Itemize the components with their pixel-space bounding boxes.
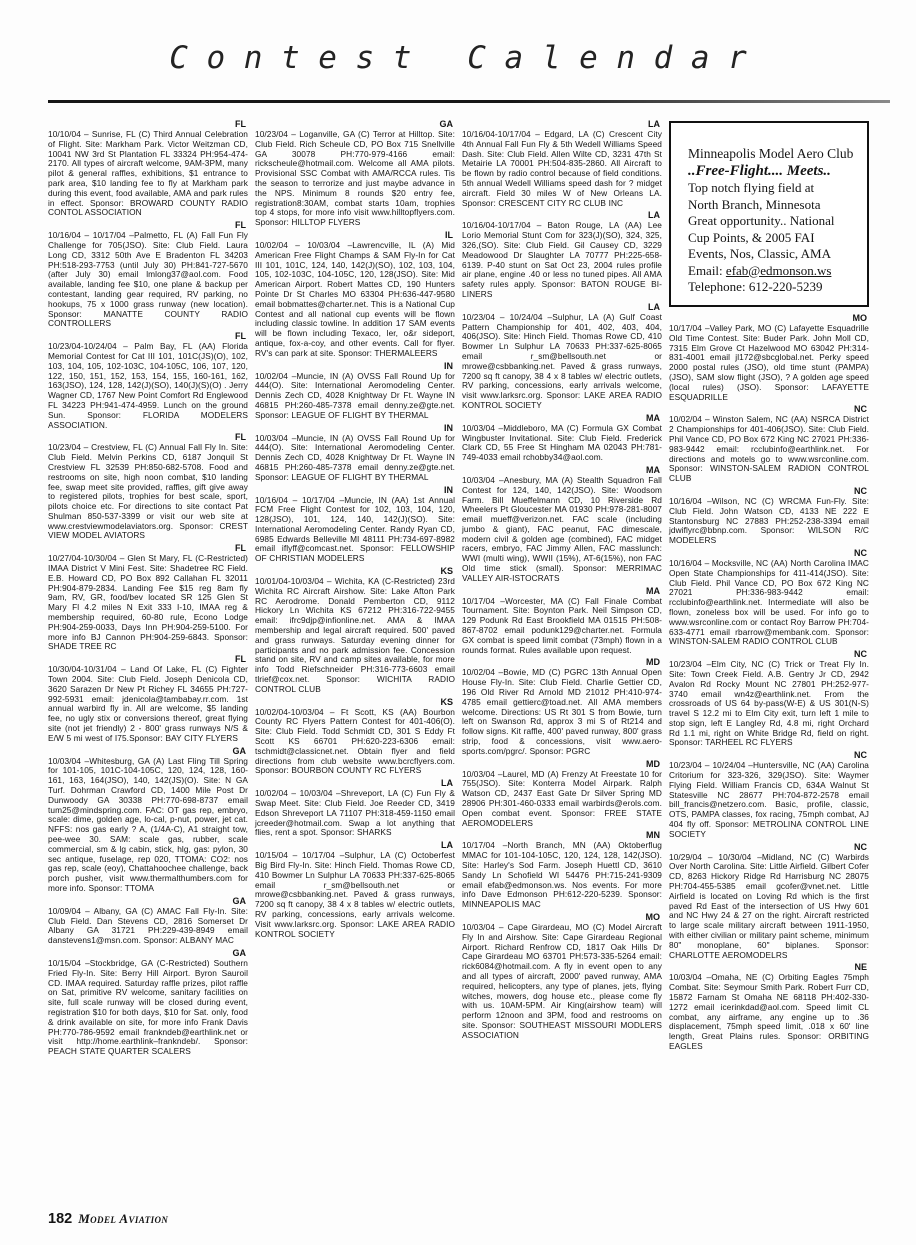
entry-text: 10/16/04 –Wilson, NC (C) WRCMA Fun-Fly. …: [669, 497, 869, 546]
entry-text: 10/23/04 –Elm City, NC (C) Trick or Trea…: [669, 660, 869, 748]
contest-column-2: GA10/23/04 – Loganville, GA (C) Terror a…: [255, 119, 455, 1181]
page-title: Contest Calendar: [151, 40, 766, 76]
ad-line: Top notch flying field at: [688, 180, 859, 197]
contest-entry: NC10/29/04 – 10/30/04 –Midland, NC (C) W…: [669, 842, 869, 961]
contest-entry: GA10/15/04 –Stockbridge, GA (C-Restricte…: [48, 948, 248, 1057]
calendar-columns: FL10/10/04 – Sunrise, FL (C) Third Annua…: [0, 103, 916, 1181]
contest-entry: KS10/02/04-10/03/04 – Ft Scott, KS (AA) …: [255, 697, 455, 777]
entry-text: 10/15/04 –Stockbridge, GA (C-Restricted)…: [48, 959, 248, 1057]
contest-entry: LA10/16/04-10/17/04 – Baton Rouge, LA (A…: [462, 210, 662, 299]
masthead: Contest Calendar: [0, 0, 916, 76]
entry-text: 10/30/04-10/31/04 – Land Of Lake, FL (C)…: [48, 665, 248, 743]
entry-text: 10/10/04 – Sunrise, FL (C) Third Annual …: [48, 130, 248, 218]
contest-entry: MA10/03/04 –Anesbury, MA (A) Stealth Squ…: [462, 465, 662, 584]
contest-entry: GA10/03/04 –Whitesburg, GA (A) Last Flin…: [48, 746, 248, 894]
entry-text: 10/02/04 – Winston Salem, NC (AA) NSRCA …: [669, 415, 869, 484]
contest-entry: MO10/03/04 – Cape Girardeau, MO (C) Mode…: [462, 912, 662, 1041]
entry-text: 10/29/04 – 10/30/04 –Midland, NC (C) War…: [669, 853, 869, 961]
contest-entry: NC10/23/04 – 10/24/04 –Huntersville, NC …: [669, 750, 869, 839]
entry-text: 10/03/04 –Muncie, IN (A) OVSS Fall Round…: [255, 434, 455, 483]
contest-entry: GA10/09/04 – Albany, GA (C) AMAC Fall Fl…: [48, 896, 248, 946]
contest-entry: IL10/02/04 – 10/03/04 –Lawrencville, IL …: [255, 230, 455, 359]
page-footer: 182 Model Aviation: [48, 1211, 168, 1227]
contest-entry: IN10/03/04 –Muncie, IN (A) OVSS Fall Rou…: [255, 423, 455, 483]
entry-text: 10/02/04-10/03/04 – Ft Scott, KS (AA) Bo…: [255, 708, 455, 777]
ad-line: Great opportunity.. National: [688, 213, 859, 230]
contest-entry: FL10/30/04-10/31/04 – Land Of Lake, FL (…: [48, 654, 248, 743]
entry-text: 10/03/04 – Cape Girardeau, MO (C) Model …: [462, 923, 662, 1041]
entry-text: 10/16/04-10/17/04 – Edgard, LA (C) Cresc…: [462, 130, 662, 208]
entry-text: 10/03/04 –Whitesburg, GA (A) Last Fling …: [48, 757, 248, 894]
state-code: NC: [669, 842, 869, 853]
contest-entry: LA10/16/04-10/17/04 – Edgard, LA (C) Cre…: [462, 119, 662, 208]
state-code: GA: [48, 746, 248, 757]
entry-text: 10/02/04 –Muncie, IN (A) OVSS Fall Round…: [255, 372, 455, 421]
ad-line: Cup Points, & 2005 FAI: [688, 230, 859, 247]
contest-entry: MD10/02/04 –Bowie, MD (C) PGRC 13th Annu…: [462, 657, 662, 756]
state-code: MD: [462, 759, 662, 770]
contest-entry: NE10/03/04 –Omaha, NE (C) Orbiting Eagle…: [669, 962, 869, 1051]
contest-entry: FL10/10/04 – Sunrise, FL (C) Third Annua…: [48, 119, 248, 218]
contest-entry: MA10/17/04 –Worcester, MA (C) Fall Final…: [462, 586, 662, 656]
entry-text: 10/09/04 – Albany, GA (C) AMAC Fall Fly-…: [48, 907, 248, 946]
entry-text: 10/23/04-10/24/04 – Palm Bay, FL (AA) Fl…: [48, 342, 248, 430]
state-code: IN: [255, 485, 455, 496]
entry-text: 10/03/04 –Omaha, NE (C) Orbiting Eagles …: [669, 973, 869, 1051]
ad-email: Email: efab@edmonson.ws: [688, 263, 859, 280]
ad-title: Minneapolis Model Aero Club: [688, 145, 859, 162]
entry-text: 10/16/04 – Mocksville, NC (AA) North Car…: [669, 559, 869, 647]
contest-column-1: FL10/10/04 – Sunrise, FL (C) Third Annua…: [48, 119, 248, 1181]
contest-entry: LA10/02/04 – 10/03/04 –Shreveport, LA (C…: [255, 778, 455, 838]
contest-entry: MA10/03/04 –Middleboro, MA (C) Formula G…: [462, 413, 662, 463]
entry-text: 10/23/04 – Loganville, GA (C) Terror at …: [255, 130, 455, 228]
entry-text: 10/15/04 – 10/17/04 –Sulphur, LA (C) Oct…: [255, 851, 455, 939]
club-ad: Minneapolis Model Aero Club ..Free-Fligh…: [669, 121, 869, 307]
magazine-page: Contest Calendar FL10/10/04 – Sunrise, F…: [0, 0, 916, 1245]
contest-entry: FL10/27/04-10/30/04 – Glen St Mary, FL (…: [48, 543, 248, 652]
state-code: IN: [255, 361, 455, 372]
ad-line: Events, Nos, Classic, AMA: [688, 246, 859, 263]
entry-text: 10/03/04 –Middleboro, MA (C) Formula GX …: [462, 424, 662, 463]
entry-text: 10/02/04 –Bowie, MD (C) PGRC 13th Annual…: [462, 668, 662, 756]
ad-tagline: ..Free-Flight.... Meets..: [688, 162, 859, 180]
entry-text: 10/03/04 –Laurel, MD (A) Frenzy At Frees…: [462, 770, 662, 829]
ad-line: North Branch, Minnesota: [688, 197, 859, 214]
state-code: IN: [255, 423, 455, 434]
contest-entry: IN10/16/04 – 10/17/04 –Muncie, IN (AA) 1…: [255, 485, 455, 565]
contest-entry: FL10/23/04-10/24/04 – Palm Bay, FL (AA) …: [48, 331, 248, 430]
contest-entry: NC10/16/04 –Wilson, NC (C) WRCMA Fun-Fly…: [669, 486, 869, 546]
contest-column-3: LA10/16/04-10/17/04 – Edgard, LA (C) Cre…: [462, 119, 662, 1181]
page-number: 182: [48, 1211, 72, 1227]
ad-phone: Telephone: 612-220-5239: [688, 279, 859, 296]
entry-text: 10/17/04 –North Branch, MN (AA) Oktoberf…: [462, 841, 662, 910]
ad-phone-number: 612-220-5239: [749, 279, 823, 294]
contest-entry: FL10/23/04 – Crestview, FL (C) Annual Fa…: [48, 432, 248, 541]
entry-text: 10/16/04-10/17/04 – Baton Rouge, LA (AA)…: [462, 221, 662, 299]
contest-entry: NC10/02/04 – Winston Salem, NC (AA) NSRC…: [669, 404, 869, 484]
state-code: KS: [255, 697, 455, 708]
entry-text: 10/23/04 – 10/24/04 –Huntersville, NC (A…: [669, 761, 869, 839]
entry-text: 10/02/04 – 10/03/04 –Lawrencville, IL (A…: [255, 241, 455, 359]
entry-text: 10/27/04-10/30/04 – Glen St Mary, FL (C-…: [48, 554, 248, 652]
entry-text: 10/17/04 –Valley Park, MO (C) Lafayette …: [669, 324, 869, 402]
ad-phone-label: Telephone:: [688, 279, 746, 294]
contest-column-4: Minneapolis Model Aero Club ..Free-Fligh…: [669, 119, 869, 1181]
entry-text: 10/17/04 –Worcester, MA (C) Fall Finale …: [462, 597, 662, 656]
contest-entry: IN10/02/04 –Muncie, IN (A) OVSS Fall Rou…: [255, 361, 455, 421]
contest-entry: MN10/17/04 –North Branch, MN (AA) Oktobe…: [462, 830, 662, 910]
ad-email-label: Email:: [688, 263, 723, 278]
contest-entry: LA10/15/04 – 10/17/04 –Sulphur, LA (C) O…: [255, 840, 455, 939]
entry-text: 10/23/04 – 10/24/04 –Sulphur, LA (A) Gul…: [462, 313, 662, 411]
entry-text: 10/02/04 – 10/03/04 –Shreveport, LA (C) …: [255, 789, 455, 838]
contest-entry: GA10/23/04 – Loganville, GA (C) Terror a…: [255, 119, 455, 228]
entry-text: 10/23/04 – Crestview, FL (C) Annual Fall…: [48, 443, 248, 541]
contest-entry: NC10/23/04 –Elm City, NC (C) Trick or Tr…: [669, 649, 869, 748]
contest-entry: NC10/16/04 – Mocksville, NC (AA) North C…: [669, 548, 869, 647]
entry-text: 10/16/04 – 10/17/04 –Muncie, IN (AA) 1st…: [255, 496, 455, 565]
entry-text: 10/03/04 –Anesbury, MA (A) Stealth Squad…: [462, 476, 662, 584]
ad-email-address: efab@edmonson.ws: [726, 263, 831, 278]
entry-text: 10/16/04 – 10/17/04 –Palmetto, FL (A) Fa…: [48, 231, 248, 329]
entry-text: 10/01/04-10/03/04 – Wichita, KA (C-Restr…: [255, 577, 455, 695]
contest-entry: LA10/23/04 – 10/24/04 –Sulphur, LA (A) G…: [462, 302, 662, 411]
magazine-name: Model Aviation: [78, 1211, 168, 1227]
contest-entry: MD10/03/04 –Laurel, MD (A) Frenzy At Fre…: [462, 759, 662, 829]
contest-entry: MO10/17/04 –Valley Park, MO (C) Lafayett…: [669, 313, 869, 402]
contest-entry: FL10/16/04 – 10/17/04 –Palmetto, FL (A) …: [48, 220, 248, 329]
contest-entry: KS10/01/04-10/03/04 – Wichita, KA (C-Res…: [255, 566, 455, 695]
